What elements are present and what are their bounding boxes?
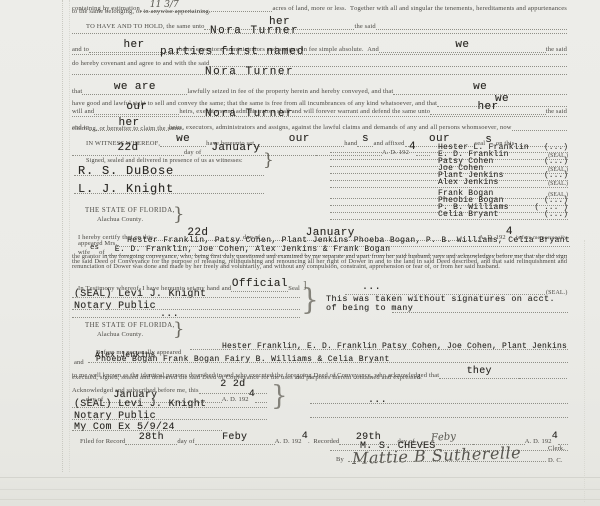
notary-rule [72,401,267,408]
scanned-deed-page: containing by estimation 11 3/7 acres of… [0,0,600,506]
day-blank: 22d [72,143,184,156]
right-rule-1 [310,397,568,404]
state-bracket-2: } [173,319,184,340]
filed-day-blank: 28th [125,433,177,445]
filed-month-blank: Feby [195,433,275,445]
state-label-2: THE STATE OF FLORIDA, [85,322,175,329]
seal-mark: (SEAL.) [548,181,568,187]
they-blank: they [439,367,519,379]
wives-names: Hester Franklin, Patsy Cohen, Plant Jenk… [127,236,570,245]
side-rule-2 [392,306,568,313]
names-rule-1 [190,343,568,350]
seal-mark: (...) [544,157,568,166]
seal-mark: (...) [544,143,568,152]
signer-name: Celia Bryant [438,210,499,219]
witness-rule-2 [74,187,264,194]
seal-mark: (...) [544,210,568,219]
claims-clause-2: claiming, or hereafter to claim the same… [72,125,183,132]
scan-artifact-line [0,499,600,500]
signer-name: Alex Jenkins [438,178,499,187]
witness-rule-1 [74,169,264,176]
witness-bracket: } [263,150,274,170]
dower-clause: the grantor in the foregoing conveyance,… [72,254,567,270]
and-label: and [74,359,84,366]
dotted-fill [519,378,567,379]
rule-line [72,48,567,55]
state-label-1: THE STATE OF FLORIDA, [85,207,175,214]
they-fill: they [467,366,492,377]
scan-artifact-line [0,477,600,478]
left-margin-rule-2 [69,0,70,472]
executed-clause: executed, signed, sealed and delivered t… [72,374,422,381]
ack-day: 2 2d [220,379,245,390]
right-rule-2 [310,411,568,418]
record-year-1: 4 [302,431,308,442]
rule-line [72,68,567,75]
scan-artifact-line [0,489,600,490]
ad-label-1: A. D. 192 [275,438,302,445]
state-bracket-1: } [173,204,184,225]
claims-clause: heirs, executors, administrators and ass… [169,124,512,131]
rule-line [72,27,567,34]
month-blank: January [201,143,316,156]
notary-rule [72,424,222,431]
county-label-2: Alachua County. [97,331,143,338]
signature-row: Celia Bryant(...) [330,213,568,220]
dc-label: D. C. [548,457,563,464]
grantor-signature-block: Hester L. Franklin(...) E. D. Franklin(S… [330,146,568,220]
right-page-edge [584,240,585,502]
notary-rule [72,291,300,298]
names-rule-2 [88,356,568,363]
acres-clause: acres of land, more or less. Together wi… [272,5,567,12]
dotted-fill [512,130,567,131]
notary-bracket-2: } [271,380,288,412]
we-are-fill: we are [114,81,156,93]
filed-label: Filed for Record [80,438,125,445]
county-label-1: Alachua County. [97,216,143,223]
we-2: we [473,81,487,93]
rule-line [72,110,567,117]
ack-year: 4 [249,389,255,400]
signature-row: Alex Jenkins(SEAL.) [330,181,568,188]
day-of-label: day of [184,149,201,156]
witness-month: January [211,142,260,154]
covenant-line: do hereby covenant and agree to and with… [72,60,567,67]
notary-rule [72,303,300,310]
filed-month: Feby [222,432,247,443]
seal-mark: (...) [544,171,568,180]
by-label: By [336,456,344,463]
belonging-clause: to the same belonging, or in anywise app… [72,8,211,15]
witnesses-label: Signed, sealed and delivered in presence… [86,157,243,164]
witness-day: 22d [117,142,138,154]
filed-day: 28th [139,432,164,443]
record-year-2: 4 [552,431,558,442]
clerk-label: Clerk. [548,445,565,452]
day-of-label-1: day of [177,438,194,445]
notary-bracket-1: } [301,282,319,317]
notary-rule [72,311,300,318]
wife-plural: es [90,244,99,252]
official-fill: Official [232,278,288,290]
left-margin-rule [62,0,63,472]
covenant-clause: do hereby covenant and agree to and with… [72,60,209,67]
by-rule [348,455,546,462]
notary-rule [72,413,267,420]
